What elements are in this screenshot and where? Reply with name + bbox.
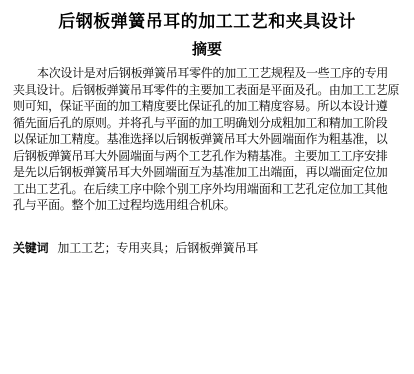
abstract-line: 后钢板弹簧吊耳大外圆端面与两个工艺孔作为精基准。主要加工工序安排 [13, 148, 401, 165]
abstract-line: 则可知，保证平面的加工精度要比保证孔的加工精度容易。所以本设计遵 [13, 98, 401, 115]
document-title: 后钢板弹簧吊耳的加工工艺和夹具设计 [13, 11, 401, 33]
abstract-line: 以保证加工精度。基准选择以后钢板弹簧吊耳大外圆端面作为粗基准，以 [13, 131, 401, 148]
abstract-page: 后钢板弹簧吊耳的加工工艺和夹具设计 摘要 本次设计是对后钢板弹簧吊耳零件的加工工… [0, 0, 414, 374]
abstract-line: 工出工艺孔。在后续工序中除个别工序外均用端面和工艺孔定位加工其他 [13, 181, 401, 198]
abstract-heading: 摘要 [13, 40, 401, 60]
abstract-line: 本次设计是对后钢板弹簧吊耳零件的加工工艺规程及一些工序的专用 [13, 65, 401, 82]
keywords-row: 关键词加工工艺；专用夹具；后钢板弹簧吊耳 [13, 240, 401, 256]
keywords-value: 加工工艺；专用夹具；后钢板弹簧吊耳 [57, 241, 258, 255]
abstract-line: 孔与平面。整个加工过程均选用组合机床。 [13, 197, 401, 214]
abstract-paragraph: 本次设计是对后钢板弹簧吊耳零件的加工工艺规程及一些工序的专用 夹具设计。后钢板弹… [13, 65, 401, 214]
keywords-label: 关键词 [13, 241, 48, 255]
abstract-line: 循先面后孔的原则。并将孔与平面的加工明确划分成粗加工和精加工阶段 [13, 115, 401, 132]
abstract-line: 是先以后钢板弹簧吊耳大外圆端面互为基准加工出端面，再以端面定位加 [13, 164, 401, 181]
abstract-line: 夹具设计。后钢板弹簧吊耳零件的主要加工表面是平面及孔。由加工工艺原 [13, 82, 401, 99]
